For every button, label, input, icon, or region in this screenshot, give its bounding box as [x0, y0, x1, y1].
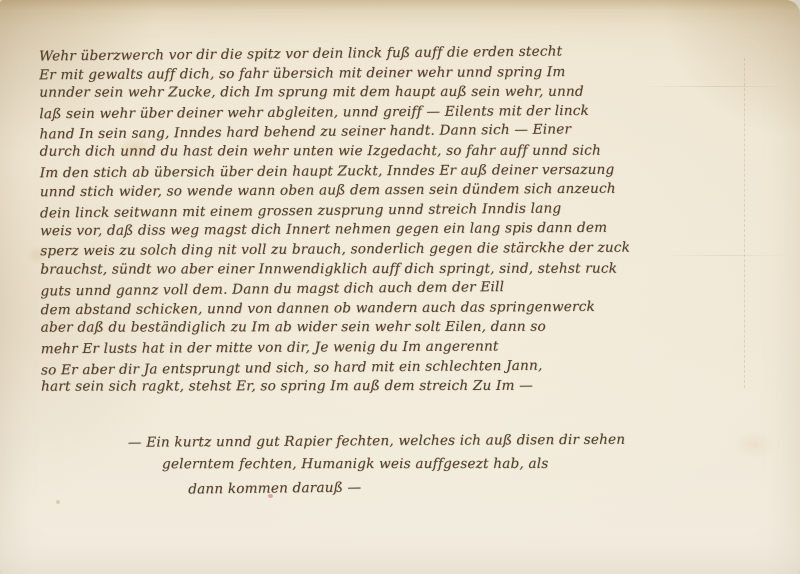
paper-speck [56, 500, 60, 504]
manuscript-page: Wehr überzwerch vor dir die spitz vor de… [0, 0, 800, 574]
text-line: gelerntem fechten, Humanigk weis auffges… [128, 453, 688, 476]
text-line: aber daß du beständiglich zu Im ab wider… [41, 318, 767, 339]
text-line: unnder sein wehr Zucke, dich Im sprung m… [39, 83, 765, 104]
paper-stain [734, 430, 774, 460]
text-line: durch dich unnd du hast dein wehr unten … [40, 141, 766, 162]
text-line: sperz weis zu solch ding nit voll zu bra… [40, 238, 766, 262]
closing-paragraph: — Ein kurtz unnd gut Rapier fechten, wel… [128, 428, 688, 500]
text-line: dann kommen darauß — [128, 473, 688, 502]
main-paragraph: Wehr überzwerch vor dir die spitz vor de… [39, 42, 767, 399]
text-line: hart sein sich ragkt, stehst Er, so spri… [41, 376, 767, 397]
text-line: — Ein kurtz unnd gut Rapier fechten, wel… [128, 428, 688, 454]
